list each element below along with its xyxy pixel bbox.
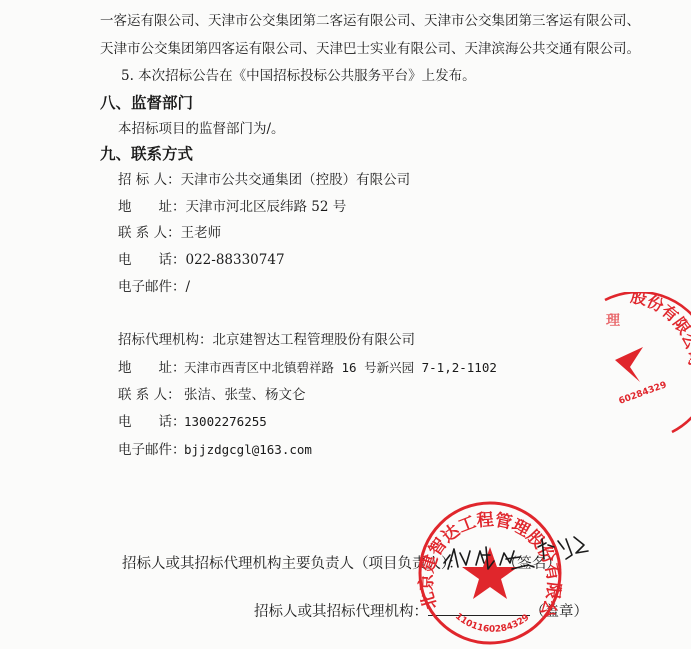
agency-contact-person: 张洁、张莹、杨文仑 [184,387,306,403]
agency-email-label: 电子邮件： [118,442,184,458]
agency-email-row: 电子邮件：bjjzdgcgl@163.com [118,442,312,458]
section-8-text: 本招标项目的监督部门为/。 [118,121,285,137]
section-9-heading: 九、联系方式 [100,146,193,162]
agency-name-label: 招标代理机构： [118,332,213,348]
agency-address-row: 地 址：天津市西青区中北镇碧祥路 16 号新兴园 7-1,2-1102 [118,360,497,376]
agency-phone-row: 电 话：13002276255 [118,414,267,430]
intro-line-1: 一客运有限公司、天津市公交集团第二客运有限公司、天津市公交集团第三客运有限公司、 [100,13,640,29]
agency-name: 北京建智达工程管理股份有限公司 [213,332,416,348]
partial-seal-code: 60284329 [618,380,669,407]
agency-phone-label: 电 话： [118,414,184,430]
agency-contact-label: 联 系 人： [118,387,184,403]
tenderer-email-label: 电子邮件： [118,279,186,295]
handwritten-signature [440,525,620,585]
agency-address-label: 地 址： [118,360,184,376]
agency-email: bjjzdgcgl@163.com [184,442,312,457]
tenderer-contact-person: 王老师 [181,225,222,241]
partial-seal-stamp: 股份有限公司 60284329 理 [540,292,691,442]
svg-text:1101160284329: 1101160284329 [453,612,531,635]
tenderer-contact-label: 联 系 人： [118,225,181,241]
tenderer-phone: 022-88330747 [186,252,285,268]
tenderer-name-row: 招 标 人：天津市公共交通集团（控股）有限公司 [118,172,410,188]
org-label: 招标人或其招标代理机构： [254,604,428,620]
tenderer-phone-label: 电 话： [118,252,186,268]
agency-name-row: 招标代理机构：北京建智达工程管理股份有限公司 [118,332,415,348]
partial-seal-star-icon [615,347,643,382]
tenderer-address-label: 地 址： [118,199,186,215]
tenderer-name: 天津市公共交通集团（控股）有限公司 [181,172,411,188]
svg-text:理: 理 [606,313,621,329]
agency-phone: 13002276255 [184,414,267,429]
svg-text:股份有限公司: 股份有限公司 [629,292,691,367]
partial-seal-text: 股份有限公司 [629,292,691,367]
tenderer-email: / [186,279,191,295]
tenderer-name-label: 招 标 人： [118,172,181,188]
intro-line-2: 天津市公交集团第四客运有限公司、天津巴士实业有限公司、天津滨海公共交通有限公司。 [100,41,640,57]
section-8-heading: 八、监督部门 [100,95,193,111]
tenderer-address: 天津市河北区辰纬路 52 号 [186,199,347,215]
tenderer-email-row: 电子邮件：/ [118,279,190,295]
tenderer-phone-row: 电 话：022-88330747 [118,252,285,268]
agency-contact-row: 联 系 人：张洁、张莹、杨文仑 [118,387,306,403]
responsible-label: 招标人或其招标代理机构主要负责人（项目负责人）： [122,556,463,572]
tenderer-contact-row: 联 系 人：王老师 [118,225,221,241]
main-seal-code: 1101160284329 [453,612,531,635]
intro-line-3: 5. 本次招标公告在《中国招标投标公共服务平台》上发布。 [121,68,476,84]
agency-address: 天津市西青区中北镇碧祥路 16 号新兴园 7-1,2-1102 [184,360,497,375]
tenderer-address-row: 地 址：天津市河北区辰纬路 52 号 [118,199,346,215]
